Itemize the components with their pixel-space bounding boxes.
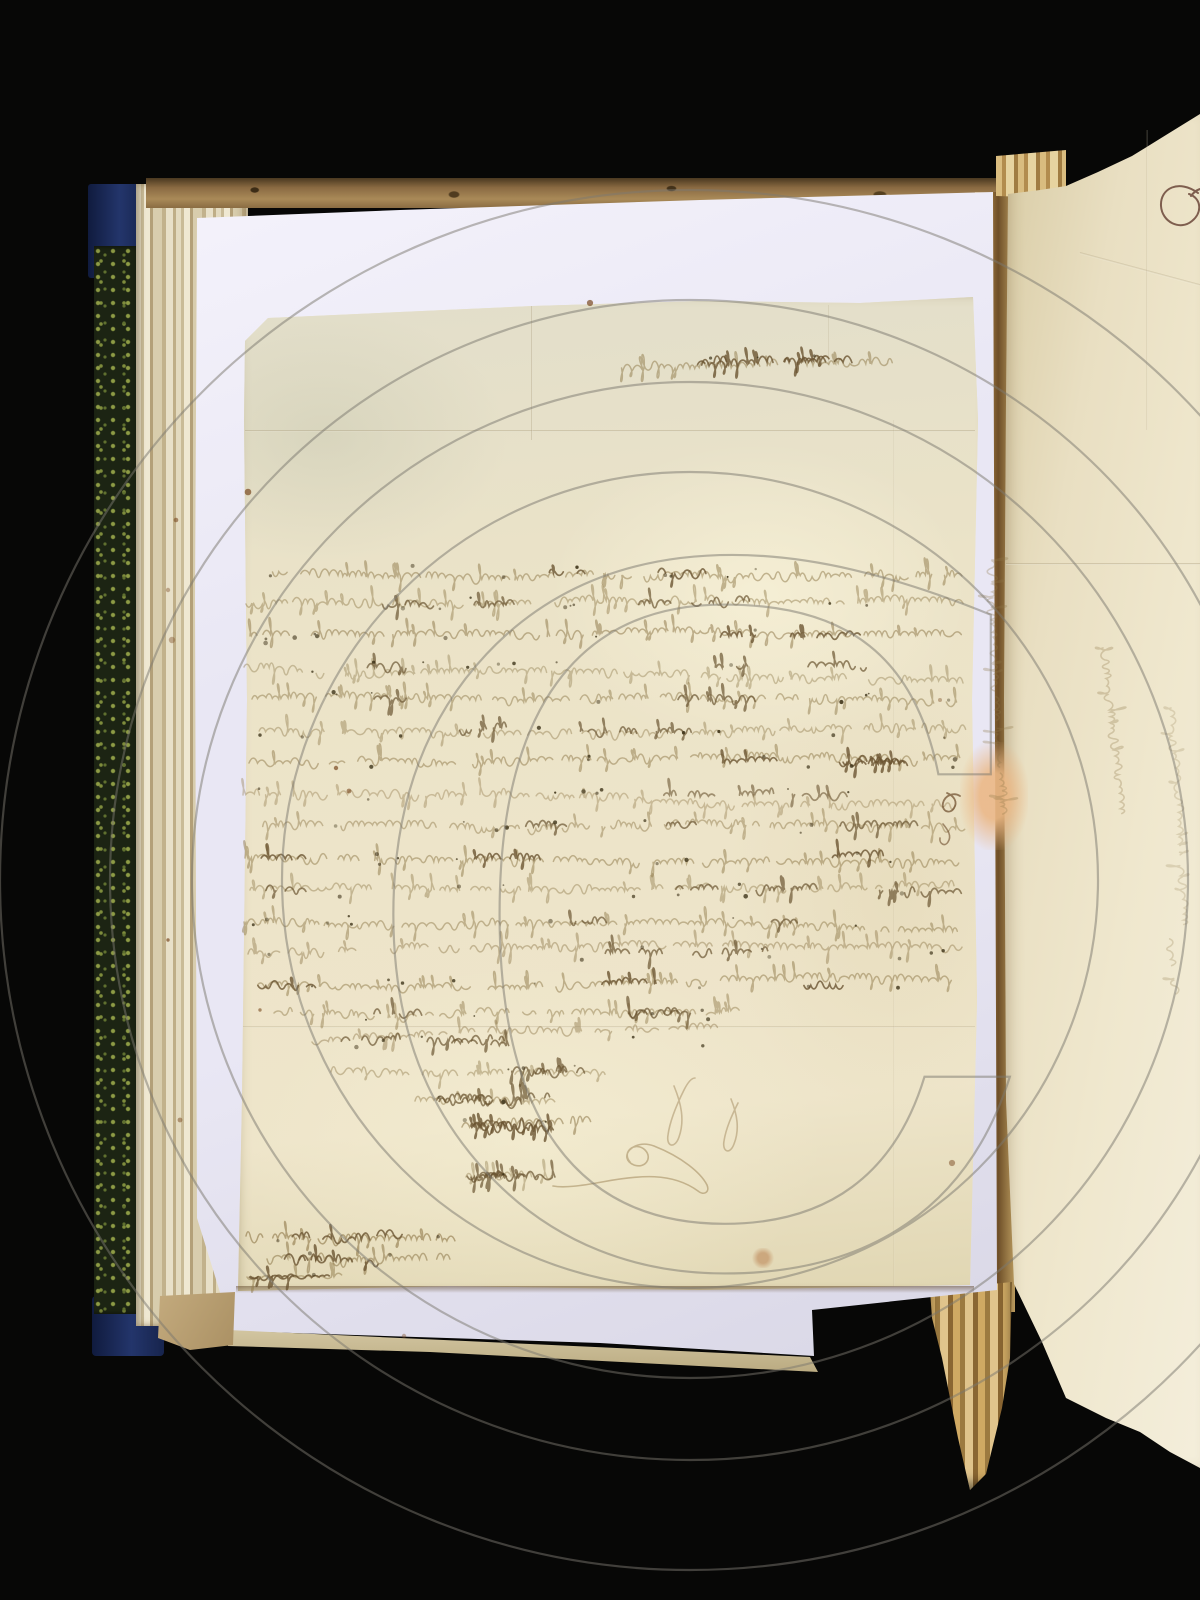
manuscript-crease-horizontal-2 [243, 1026, 975, 1028]
marbled-cover-edge [94, 246, 142, 1314]
manuscript-crease-vertical-3 [893, 420, 895, 1286]
manuscript-crease-vertical-1 [531, 306, 533, 440]
right-page-crease-3 [1146, 130, 1148, 430]
salmon-stain [960, 742, 1028, 850]
photograph: C [0, 0, 1200, 1600]
manuscript-bottom-edge-shadow [236, 1286, 974, 1293]
manuscript-crease-vertical-2 [828, 305, 830, 365]
right-page [1000, 108, 1200, 1472]
rust-stain-dot [752, 1248, 774, 1268]
manuscript-crease-horizontal-1 [245, 430, 975, 432]
right-page-crease-1 [1006, 563, 1200, 565]
manuscript-page [235, 296, 983, 1294]
bottom-left-page-corner [156, 1290, 240, 1352]
gutter-bottom-edges [928, 1278, 1012, 1493]
